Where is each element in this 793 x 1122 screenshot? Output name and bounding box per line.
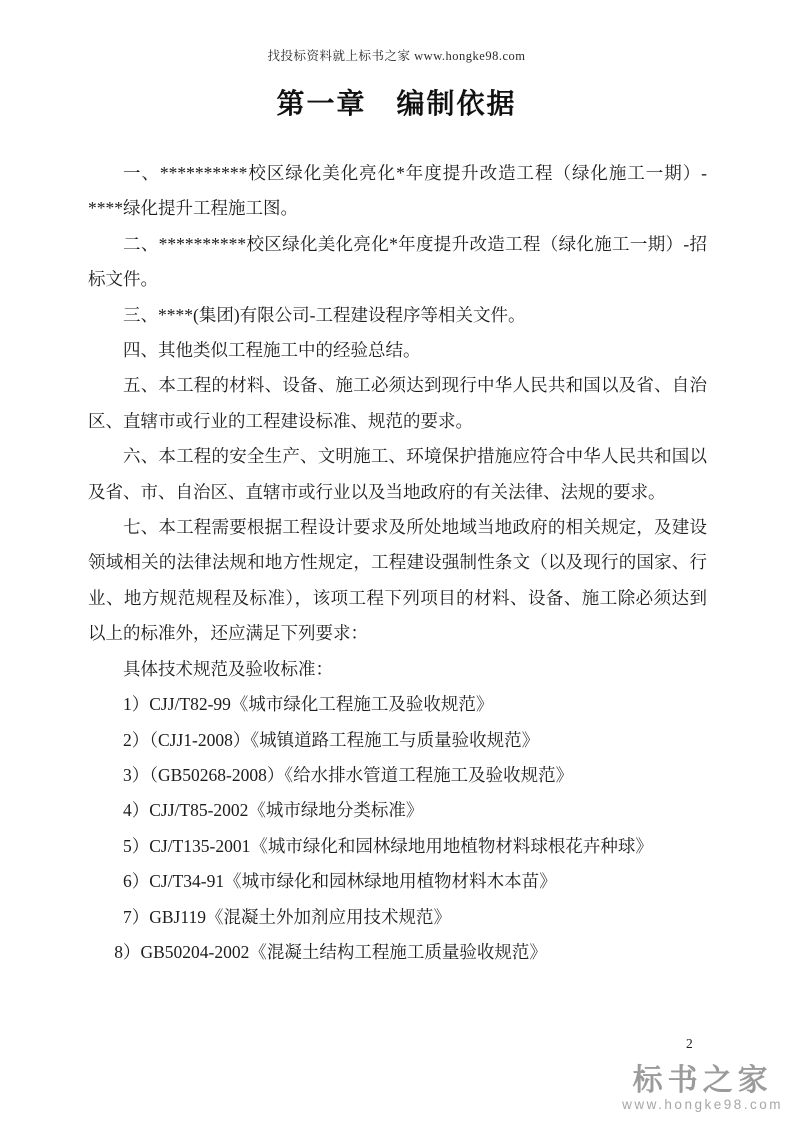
chapter-title: 第一章 编制依据 <box>0 82 793 122</box>
standard-list-item: 5）CJ/T135-2001《城市绿化和园林绿地用地植物材料球根花卉种球》 <box>88 829 707 864</box>
body-paragraph: 五、本工程的材料、设备、施工必须达到现行中华人民共和国以及省、自治区、直辖市或行… <box>88 368 707 439</box>
standard-list-item: 8）GB50204-2002《混凝土结构工程施工质量验收规范》 <box>88 935 707 970</box>
page-number: 2 <box>686 1036 693 1052</box>
document-page: 找投标资料就上标书之家 www.hongke98.com 第一章 编制依据 一、… <box>0 0 793 1122</box>
body-paragraph: 三、****(集团)有限公司-工程建设程序等相关文件。 <box>88 298 707 333</box>
watermark-logo-text: 标书之家 <box>622 1066 783 1096</box>
body-paragraph: 一、**********校区绿化美化亮化*年度提升改造工程（绿化施工一期）-**… <box>88 156 707 227</box>
standard-list-item: 4）CJJ/T85-2002《城市绿地分类标准》 <box>88 793 707 828</box>
standard-list-item: 2）（CJJ1-2008）《城镇道路工程施工与质量验收规范》 <box>88 723 707 758</box>
standard-list-item: 6）CJ/T34-91《城市绿化和园林绿地用植物材料木本苗》 <box>88 864 707 899</box>
standard-list-item: 3）（GB50268-2008）《给水排水管道工程施工及验收规范》 <box>88 758 707 793</box>
body-paragraph: 六、本工程的安全生产、文明施工、环境保护措施应符合中华人民共和国以及省、市、自治… <box>88 439 707 510</box>
body-paragraph: 七、本工程需要根据工程设计要求及所处地域当地政府的相关规定，及建设领域相关的法律… <box>88 510 707 652</box>
page-header-text: 找投标资料就上标书之家 www.hongke98.com <box>0 46 793 64</box>
standard-list-item: 7）GBJ119《混凝土外加剂应用技术规范》 <box>88 900 707 935</box>
watermark-url-text: www.hongke98.com <box>622 1096 783 1114</box>
standard-list-item: 1）CJJ/T82-99《城市绿化工程施工及验收规范》 <box>88 687 707 722</box>
site-watermark: 标书之家 www.hongke98.com <box>622 1066 783 1114</box>
body-paragraph: 四、其他类似工程施工中的经验总结。 <box>88 333 707 368</box>
document-body: 一、**********校区绿化美化亮化*年度提升改造工程（绿化施工一期）-**… <box>88 156 707 970</box>
body-paragraph: 具体技术规范及验收标准： <box>88 652 707 687</box>
body-paragraph: 二、**********校区绿化美化亮化*年度提升改造工程（绿化施工一期）-招标… <box>88 227 707 298</box>
